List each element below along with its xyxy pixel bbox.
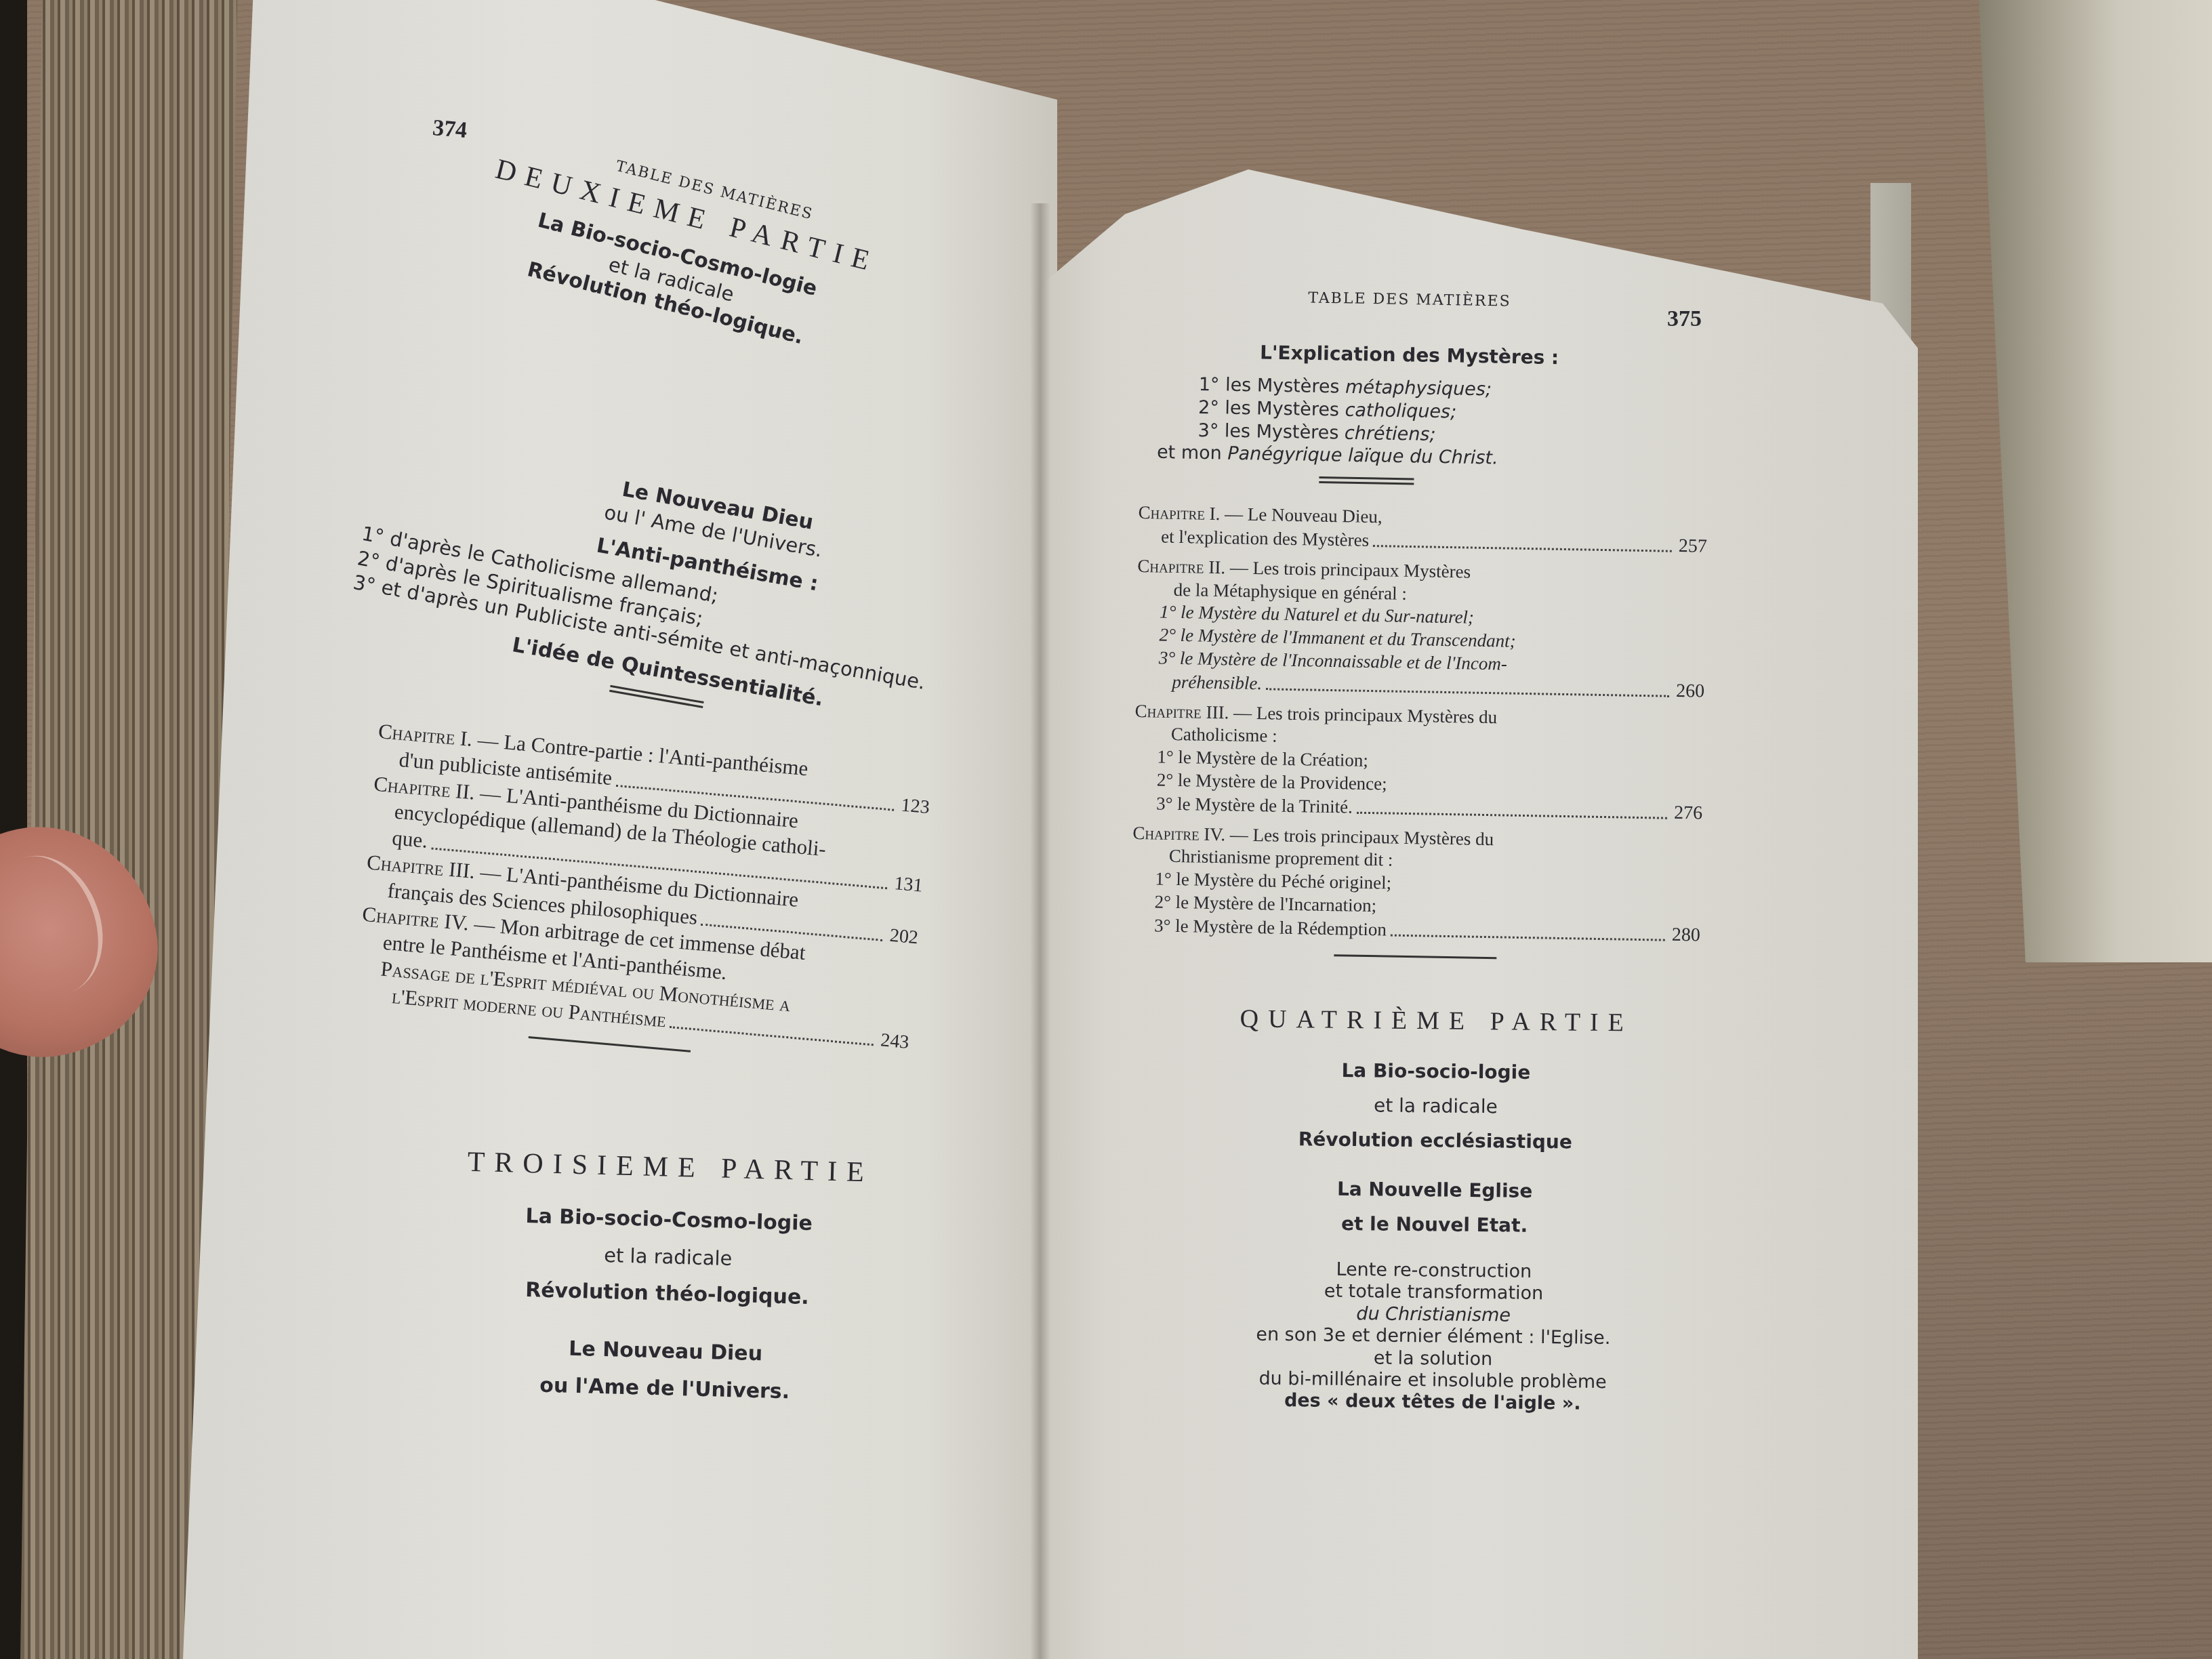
- part-line: et le Nouvel Etat.: [1149, 1210, 1719, 1239]
- single-rule: [529, 1036, 691, 1052]
- page-ref: 123: [900, 793, 930, 819]
- part4-block: QUATRIÈME PARTIE La Bio-socio-logie et l…: [1148, 1003, 1721, 1416]
- page-number-right: 375: [1667, 306, 1702, 332]
- part-line: La Bio-socio-logie: [1151, 1057, 1721, 1086]
- part-line: La Nouvelle Eglise: [1150, 1176, 1719, 1204]
- book-gutter: [1030, 203, 1050, 1659]
- page-ref: 280: [1672, 922, 1701, 947]
- part-line: et la radicale: [444, 1240, 892, 1274]
- part-title: QUATRIÈME PARTIE: [1152, 1003, 1721, 1039]
- page-ref: 260: [1676, 678, 1705, 703]
- single-rule: [1334, 954, 1496, 959]
- double-rule: [1319, 476, 1414, 485]
- part-line: et la radicale: [1151, 1092, 1720, 1120]
- page-ref: 131: [893, 872, 924, 898]
- explication-block: L'Explication des Mystères : 1° les Myst…: [1122, 339, 1735, 500]
- part-line: Révolution ecclésiastique: [1151, 1126, 1720, 1155]
- part4-description: Lente re-construction et totale transfor…: [1148, 1257, 1719, 1417]
- part-line: Le Nouveau Dieu: [442, 1334, 890, 1369]
- right-chapter-list: Chapitre I. — Le Nouveau Dieu, et l'expl…: [1130, 501, 1708, 977]
- page-ref: 257: [1679, 534, 1708, 558]
- part-line: Révolution théo-logique.: [443, 1276, 891, 1311]
- page-ref: 202: [888, 924, 919, 950]
- page-ref: 276: [1674, 800, 1703, 825]
- page-ref: 243: [880, 1029, 910, 1055]
- part-line: La Bio-socio-Cosmo-logie: [445, 1202, 893, 1237]
- part3-block: TROISIEME PARTIE La Bio-socio-Cosmo-logi…: [441, 1145, 894, 1406]
- left-chapter-list: Chapitre I. — La Contre-partie : l'Anti-…: [352, 718, 933, 1086]
